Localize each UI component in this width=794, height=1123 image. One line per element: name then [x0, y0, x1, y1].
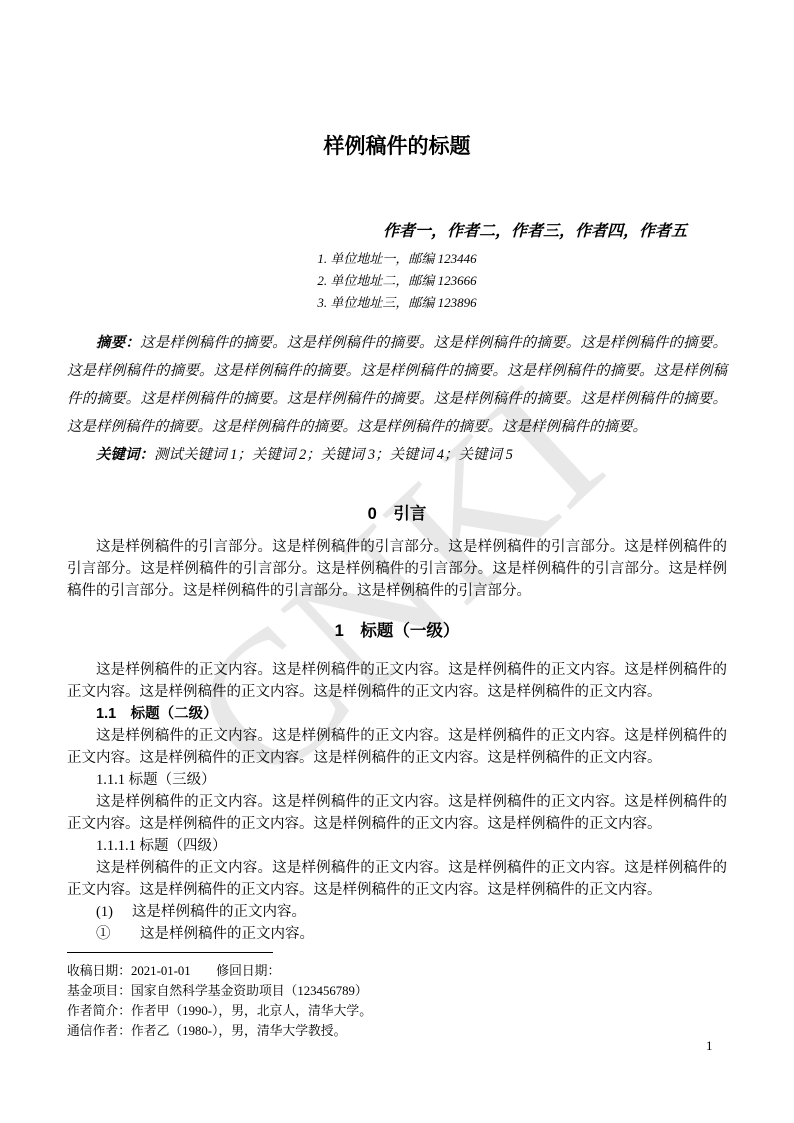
section-1-1-1-1-heading: 1.1.1.1 标题（四级） [67, 835, 727, 857]
footnote-divider [67, 952, 273, 953]
body-paragraph-3: 这是样例稿件的正文内容。这是样例稿件的正文内容。这是样例稿件的正文内容。这是样例… [67, 791, 727, 835]
keywords-label: 关键词： [96, 447, 154, 463]
list-item-1-text: 这是样例稿件的正文内容。 [132, 904, 306, 920]
list-item-1-marker: (1) [96, 901, 132, 923]
section-1-heading: 1 标题（一级） [67, 618, 727, 644]
abstract-label: 摘要： [96, 335, 140, 351]
affiliations-block: 1. 单位地址一，邮编 123446 2. 单位地址二，邮编 123666 3.… [67, 248, 727, 314]
body-paragraph-4: 这是样例稿件的正文内容。这是样例稿件的正文内容。这是样例稿件的正文内容。这是样例… [67, 857, 727, 901]
body-paragraph-2: 这是样例稿件的正文内容。这是样例稿件的正文内容。这是样例稿件的正文内容。这是样例… [67, 725, 727, 769]
body-paragraph-1: 这是样例稿件的正文内容。这是样例稿件的正文内容。这是样例稿件的正文内容。这是样例… [67, 659, 727, 703]
keywords-paragraph: 关键词：测试关键词 1；关键词 2；关键词 3；关键词 4；关键词 5 [67, 441, 727, 469]
section-1-1-heading: 1.1 标题（二级） [67, 703, 727, 725]
affiliation-line-3: 3. 单位地址三，邮编 123896 [67, 292, 727, 314]
footnote-author-bio: 作者简介：作者甲（1990-），男，北京人，清华大学。 [67, 1001, 727, 1021]
list-item-2: ①这是样例稿件的正文内容。 [67, 923, 727, 945]
keywords-text: 测试关键词 1；关键词 2；关键词 3；关键词 4；关键词 5 [154, 447, 513, 463]
authors-line: 作者一，作者二，作者三，作者四，作者五 [383, 220, 727, 244]
list-item-1: (1)这是样例稿件的正文内容。 [67, 901, 727, 923]
paper-title: 样例稿件的标题 [67, 131, 727, 161]
page-number: 1 [706, 1037, 713, 1055]
footnote-corresponding-author: 通信作者：作者乙（1980-），男，清华大学教授。 [67, 1021, 727, 1041]
abstract-text: 这是样例稿件的摘要。这是样例稿件的摘要。这是样例稿件的摘要。这是样例稿件的摘要。… [67, 335, 727, 435]
list-item-2-marker: ① [96, 923, 140, 945]
section-1-1-1-heading: 1.1.1 标题（三级） [67, 769, 727, 791]
list-item-2-text: 这是样例稿件的正文内容。 [140, 926, 314, 942]
affiliation-line-2: 2. 单位地址二，邮编 123666 [67, 270, 727, 292]
introduction-paragraph: 这是样例稿件的引言部分。这是样例稿件的引言部分。这是样例稿件的引言部分。这是样例… [67, 536, 727, 602]
page-content: 样例稿件的标题 作者一，作者二，作者三，作者四，作者五 1. 单位地址一，邮编 … [67, 0, 727, 945]
footnote-funding: 基金项目：国家自然科学基金资助项目（123456789） [67, 981, 727, 1001]
affiliation-line-1: 1. 单位地址一，邮编 123446 [67, 248, 727, 270]
footnote-received-date: 收稿日期：2021-01-01 修回日期： [67, 961, 727, 981]
abstract-paragraph: 摘要：这是样例稿件的摘要。这是样例稿件的摘要。这是样例稿件的摘要。这是样例稿件的… [67, 329, 727, 441]
document-page: CNKI 样例稿件的标题 作者一，作者二，作者三，作者四，作者五 1. 单位地址… [0, 0, 794, 1123]
footnote-area: 收稿日期：2021-01-01 修回日期： 基金项目：国家自然科学基金资助项目（… [67, 952, 727, 1041]
section-0-heading: 0 引言 [67, 501, 727, 527]
